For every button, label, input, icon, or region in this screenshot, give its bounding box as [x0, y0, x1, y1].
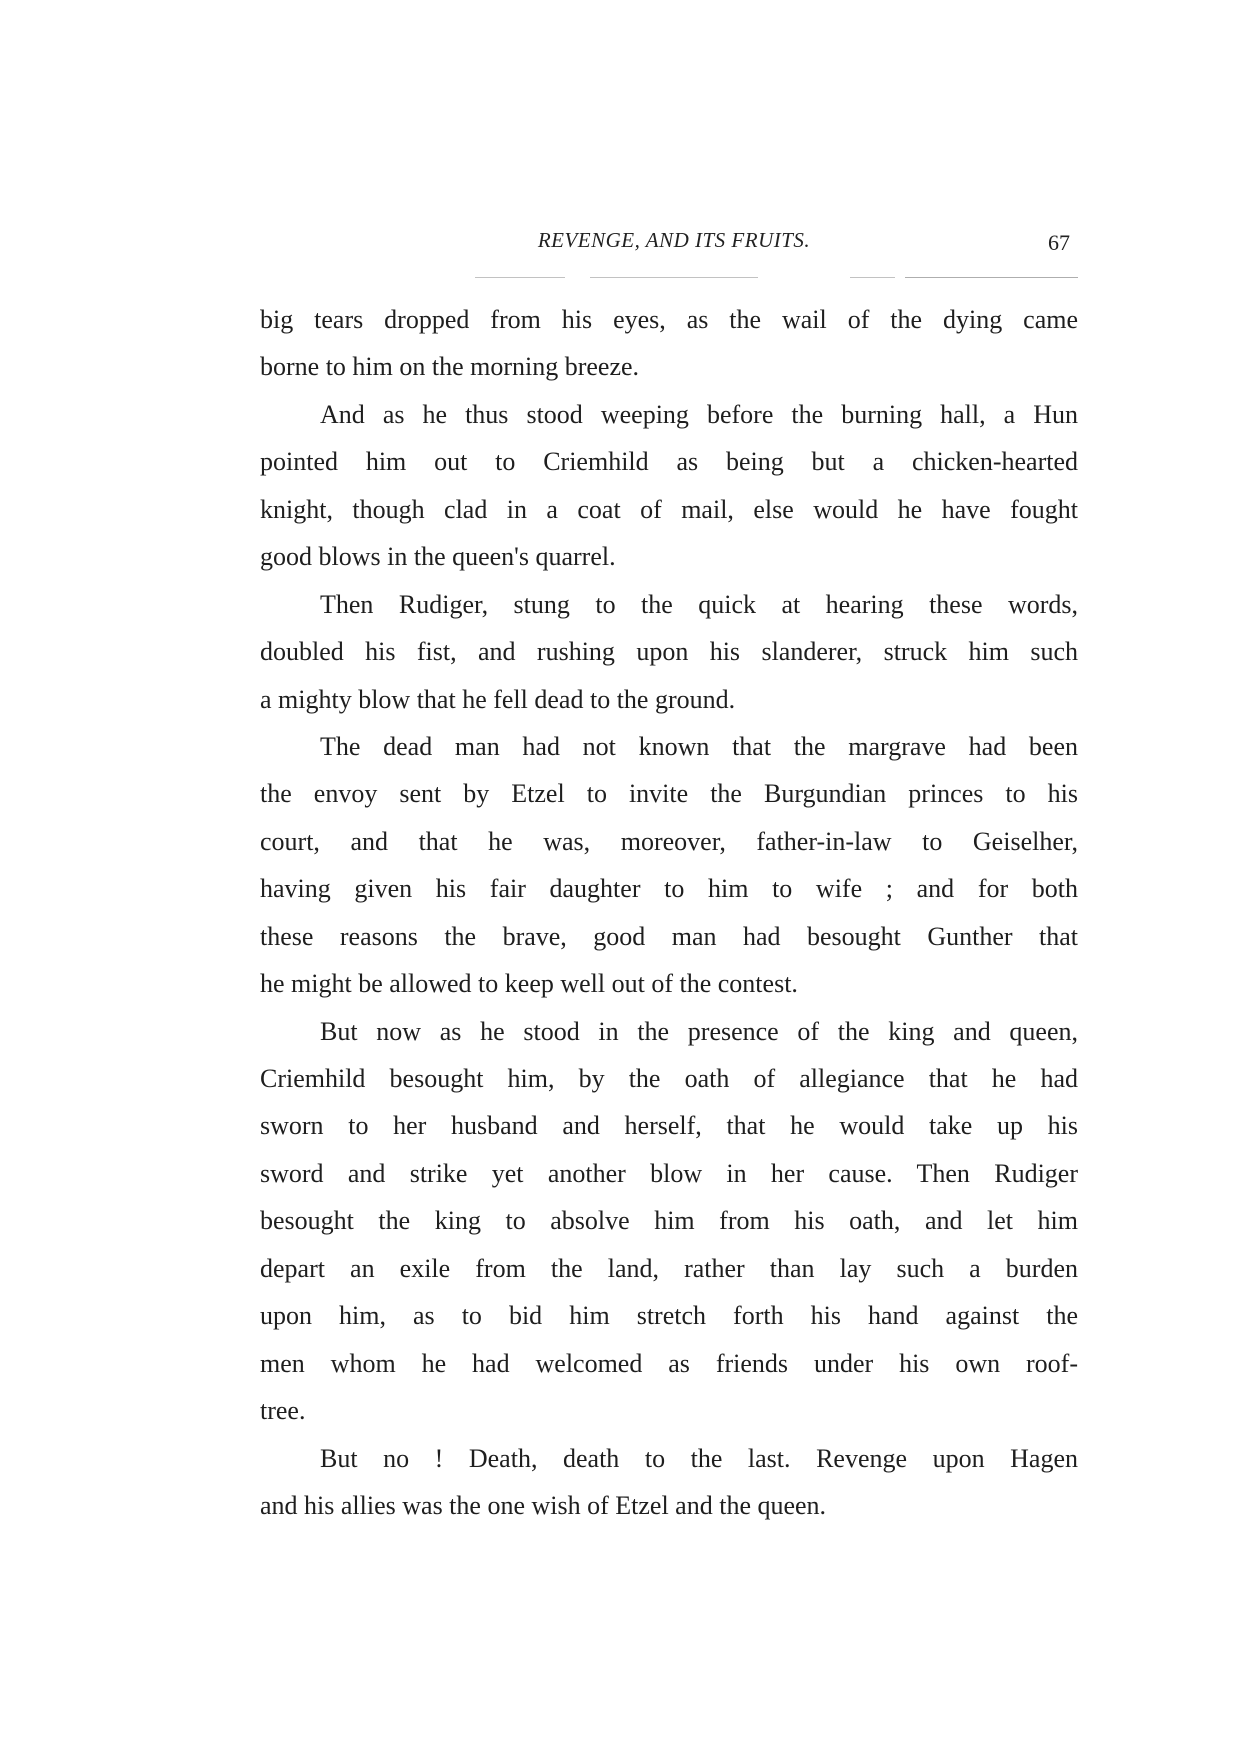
- text-line: The dead man had not known that the marg…: [260, 723, 1078, 770]
- text-line: sword and strike yet another blow in her…: [260, 1150, 1078, 1197]
- header-rule-segment: [590, 277, 758, 278]
- text-line: depart an exile from the land, rather th…: [260, 1245, 1078, 1292]
- text-line: besought the king to absolve him from hi…: [260, 1197, 1078, 1244]
- text-line: men whom he had welcomed as friends unde…: [260, 1340, 1078, 1387]
- text-line: Criemhild besought him, by the oath of a…: [260, 1055, 1078, 1102]
- text-line: good blows in the queen's quarrel.: [260, 533, 1078, 580]
- header-rule-segment: [850, 277, 895, 278]
- text-line: doubled his fist, and rushing upon his s…: [260, 628, 1078, 675]
- text-line: big tears dropped from his eyes, as the …: [260, 296, 1078, 343]
- body-text: big tears dropped from his eyes, as the …: [260, 296, 1078, 1529]
- text-line: tree.: [260, 1387, 1078, 1434]
- book-page: REVENGE, AND ITS FRUITS. 67 big tears dr…: [0, 0, 1240, 1755]
- text-line: pointed him out to Criemhild as being bu…: [260, 438, 1078, 485]
- header-rule-segment: [905, 277, 1078, 278]
- text-line: sworn to her husband and herself, that h…: [260, 1102, 1078, 1149]
- text-line: he might be allowed to keep well out of …: [260, 960, 1078, 1007]
- page-number: 67: [1048, 230, 1070, 256]
- text-line: the envoy sent by Etzel to invite the Bu…: [260, 770, 1078, 817]
- text-line: and his allies was the one wish of Etzel…: [260, 1482, 1078, 1529]
- text-line: knight, though clad in a coat of mail, e…: [260, 486, 1078, 533]
- text-line: But now as he stood in the presence of t…: [260, 1008, 1078, 1055]
- chapter-title: REVENGE, AND ITS FRUITS.: [260, 228, 1078, 253]
- text-line: And as he thus stood weeping before the …: [260, 391, 1078, 438]
- text-line: these reasons the brave, good man had be…: [260, 913, 1078, 960]
- text-line: court, and that he was, moreover, father…: [260, 818, 1078, 865]
- text-line: upon him, as to bid him stretch forth hi…: [260, 1292, 1078, 1339]
- header-rule-segment: [475, 277, 565, 278]
- text-line: But no ! Death, death to the last. Reven…: [260, 1435, 1078, 1482]
- text-line: having given his fair daughter to him to…: [260, 865, 1078, 912]
- text-line: borne to him on the morning breeze.: [260, 343, 1078, 390]
- running-head: REVENGE, AND ITS FRUITS. 67: [260, 228, 1078, 258]
- text-line: Then Rudiger, stung to the quick at hear…: [260, 581, 1078, 628]
- text-line: a mighty blow that he fell dead to the g…: [260, 676, 1078, 723]
